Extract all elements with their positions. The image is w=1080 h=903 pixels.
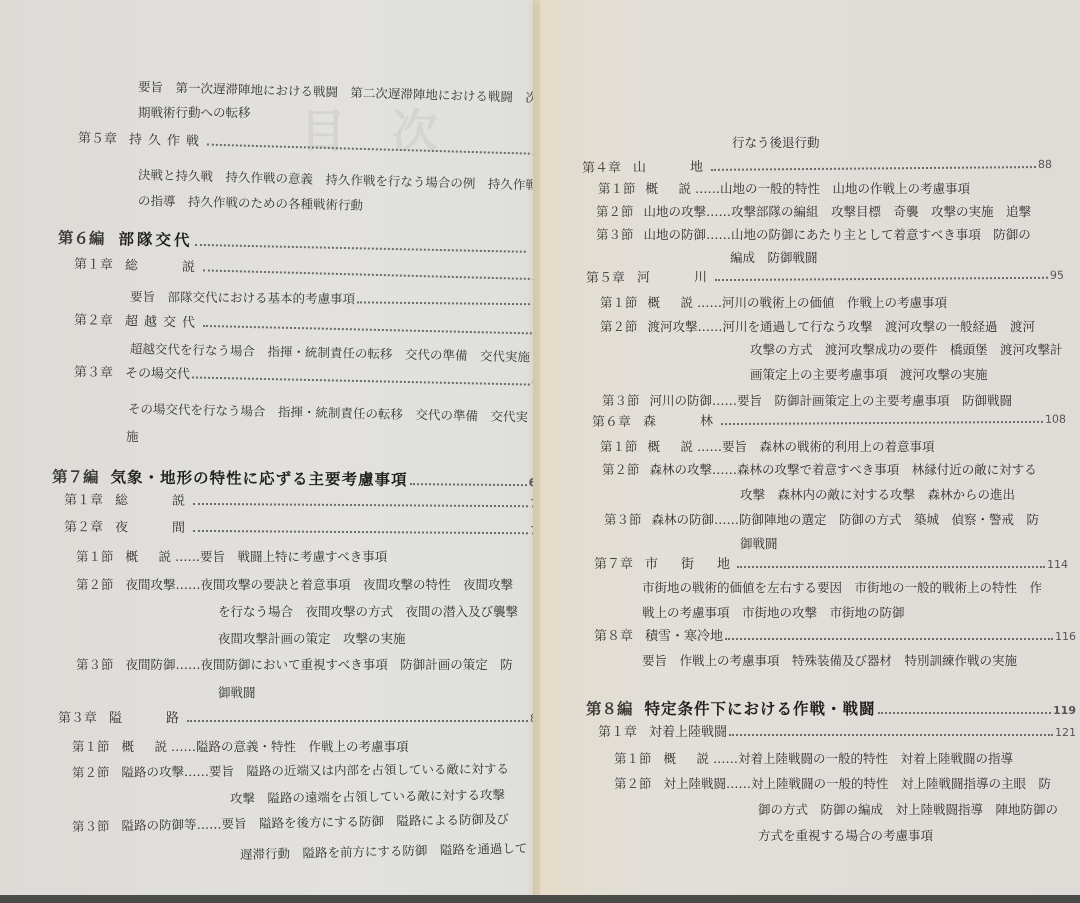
chapter-title: 積雪・寒冷地 — [645, 628, 723, 646]
chapter-number: 第３章 — [58, 710, 97, 728]
toc-line: 行なう後退行動 — [732, 134, 820, 152]
part-title: 気象・地形の特性に応ずる主要考慮事項 — [110, 469, 407, 490]
toc-text: 攻撃 森林内の敵に対する攻撃 森林からの進出 — [740, 486, 1015, 504]
toc-text: 夜間攻撃計画の策定 攻撃の実施 — [218, 630, 406, 648]
toc-text: 要旨 作戦上の考慮事項 特殊装備及び器材 特別訓練作戦の実施 — [642, 652, 1017, 670]
toc-part[interactable]: 第８編 特定条件下における作戦・戦闘 119 — [586, 700, 1076, 720]
toc-line: の指導 持久作戦のための各種戦術行動 — [138, 192, 363, 215]
section-title: 概 説 — [122, 738, 172, 756]
section-number: 第３節 — [604, 511, 642, 529]
toc-text: 期戦術行動への転移 — [138, 104, 251, 122]
toc-text: 編成 防御戦闘 — [730, 249, 818, 267]
dot-leader — [721, 421, 1043, 425]
section-number: 第１節 — [600, 438, 638, 456]
section-number: 第３節 — [76, 656, 114, 674]
section-title: 渡河攻撃 — [648, 318, 698, 336]
chapter-title: その場交代 — [125, 365, 190, 384]
chapter-title: 隘 路 — [109, 710, 185, 728]
toc-chapter[interactable]: 第１章 総 説 71 — [64, 492, 544, 513]
dot-leader — [187, 720, 528, 722]
section-leader: …… — [712, 461, 737, 479]
chapter-number: 第５章 — [78, 130, 118, 149]
table-surface — [0, 895, 1080, 903]
toc-section[interactable]: 第３節 夜間防御 …… 夜間防御において重視すべき事項 防御計画の策定 防 — [76, 656, 513, 674]
dot-leader — [203, 269, 530, 280]
section-leader: …… — [697, 438, 722, 456]
toc-line: 市街地の戦術的価値を左右する要因 市街地の一般的戦術上の特性 作 — [642, 579, 1042, 597]
toc-line: その場交代を行なう場合 指揮・統制責任の転移 交代の準備 交代実 — [128, 400, 528, 426]
toc-section[interactable]: 第２節 森林の攻撃 …… 森林の攻撃で着意すべき事項 林縁付近の敵に対する — [602, 461, 1037, 479]
section-summary: 要旨 防御計画策定上の主要考慮事項 防御戦闘 — [737, 392, 1012, 410]
page-number: 121 — [1055, 724, 1076, 742]
toc-line: 遅滞行動 隘路を前方にする防御 隘路を通過して — [240, 839, 528, 864]
toc-text: 攻撃 隘路の遠端を占領している敵に対する攻撃 — [230, 786, 505, 808]
chapter-title: 超越交代 — [125, 313, 201, 333]
toc-line: 攻撃 隘路の遠端を占領している敵に対する攻撃 — [230, 786, 505, 808]
page-number: 108 — [1045, 411, 1066, 429]
section-number: 第１節 — [614, 750, 652, 768]
section-leader: …… — [714, 511, 739, 529]
dot-leader — [193, 503, 528, 507]
toc-text: を行なう場合 夜間攻撃の方式 夜間の潜入及び襲撃 — [218, 603, 518, 621]
toc-section[interactable]: 第３節 隘路の防御等 …… 要旨 隘路を後方にする防御 隘路による防御及び — [72, 810, 509, 836]
section-title: 森林の防御 — [652, 511, 715, 529]
section-title: 山地の防御 — [644, 226, 707, 244]
toc-line: 戦上の考慮事項 市街地の攻撃 市街地の防御 — [642, 604, 905, 622]
dot-leader — [409, 483, 526, 486]
section-number: 第１節 — [76, 548, 114, 566]
toc-section[interactable]: 第１節 概 説 …… 対着上陸戦闘の一般的特性 対着上陸戦闘の指導 — [614, 750, 1013, 768]
section-title: 夜間防御 — [126, 656, 176, 674]
toc-text: の指導 持久作戦のための各種戦術行動 — [138, 192, 363, 215]
toc-line: 方式を重視する場合の考慮事項 — [758, 827, 933, 845]
section-number: 第１節 — [598, 180, 636, 198]
chapter-number: 第５章 — [586, 270, 625, 288]
section-leader: …… — [726, 775, 751, 793]
section-summary: 攻撃部隊の編組 攻撃目標 奇襲 攻撃の実施 追撃 — [731, 203, 1031, 221]
chapter-title: 河 川 — [637, 269, 713, 288]
section-title: 概 説 — [648, 438, 698, 456]
dot-leader — [203, 325, 532, 334]
section-summary: 要旨 隘路の近端又は内部を占領している敵に対する — [209, 760, 509, 781]
toc-chapter[interactable]: 第３章 その場交代 63 — [74, 364, 546, 392]
dot-leader — [357, 301, 530, 305]
part-number: 第７編 — [52, 468, 99, 486]
chapter-number: 第６章 — [592, 414, 631, 432]
section-number: 第１節 — [600, 294, 638, 312]
toc-text: 施 — [126, 428, 139, 446]
section-number: 第３節 — [602, 392, 640, 410]
part-title: 特定条件下における作戦・戦闘 — [645, 700, 876, 718]
section-leader: …… — [196, 815, 221, 833]
toc-line: 施 — [126, 428, 139, 446]
section-number: 第２節 — [72, 764, 110, 782]
toc-chapter[interactable]: 第２章 夜 間 72 — [64, 519, 544, 540]
chapter-title: 対着上陸戦闘 — [649, 724, 727, 742]
toc-line: 夜間攻撃計画の策定 攻撃の実施 — [218, 630, 406, 648]
section-number: 第１節 — [72, 738, 110, 756]
chapter-number: 第４章 — [582, 160, 621, 178]
toc-section[interactable]: 第２節 夜間攻撃 …… 夜間攻撃の要訣と着意事項 夜間攻撃の特性 夜間攻撃 — [76, 576, 513, 594]
section-leader: …… — [706, 226, 731, 244]
toc-section[interactable]: 第１節 概 説 …… 河川の戦術上の価値 作戦上の考慮事項 — [600, 294, 947, 312]
toc-text: 攻撃の方式 渡河攻撃成功の要件 橋頭堡 渡河攻撃計 — [750, 341, 1063, 359]
toc-line: 攻撃の方式 渡河攻撃成功の要件 橋頭堡 渡河攻撃計 — [750, 341, 1063, 359]
toc-text: 御の方式 防御の編成 対上陸戦闘指導 陣地防御の — [758, 801, 1058, 819]
dot-leader — [207, 144, 530, 155]
section-number: 第３節 — [596, 226, 634, 244]
part-number: 第６編 — [58, 229, 105, 248]
section-title: 概 説 — [664, 750, 714, 768]
section-summary: 夜間攻撃の要訣と着意事項 夜間攻撃の特性 夜間攻撃 — [201, 576, 514, 594]
section-summary: 河川の戦術上の価値 作戦上の考慮事項 — [722, 294, 947, 312]
chapter-title: 市 街 地 — [645, 556, 735, 574]
toc-text: 御戦闘 — [740, 535, 778, 553]
toc-text: 超越交代を行なう場合 指揮・統制責任の転移 交代の準備 交代実施 — [130, 340, 530, 366]
section-title: 概 説 — [648, 294, 698, 312]
section-leader: …… — [712, 392, 737, 410]
toc-text: 戦上の考慮事項 市街地の攻撃 市街地の防御 — [642, 604, 905, 622]
section-number: 第２節 — [76, 576, 114, 594]
section-summary: 要旨 森林の戦術的利用上の着意事項 — [722, 438, 935, 456]
chapter-title: 夜 間 — [115, 519, 191, 538]
toc-chapter[interactable]: 第４章 山 地 88 — [582, 156, 1052, 178]
section-summary: 山地の防御にあたり主として着意すべき事項 防御の — [731, 226, 1031, 244]
chapter-number: 第１章 — [598, 724, 637, 742]
section-title: 河川の防御 — [650, 392, 713, 410]
section-summary: 河川を通過して行なう攻撃 渡河攻撃の一般経過 渡河 — [723, 318, 1036, 336]
section-title: 隘路の攻撃 — [121, 763, 184, 782]
section-summary: 山地の一般的特性 山地の作戦上の考慮事項 — [720, 180, 970, 198]
section-title: 概 説 — [646, 180, 696, 198]
left-page: 目 次 要旨 第一次遅滞陣地における戦闘 第二次遅滞陣地における戦闘 次 期戦術… — [0, 0, 560, 903]
toc-line: 編成 防御戦闘 — [730, 249, 818, 267]
toc-line: 攻撃 森林内の敵に対する攻撃 森林からの進出 — [740, 486, 1015, 504]
dot-leader — [715, 277, 1048, 281]
section-title: 夜間攻撃 — [126, 576, 176, 594]
page-number: 95 — [1050, 267, 1064, 285]
toc-section[interactable]: 第２節 対上陸戦闘 …… 対上陸戦闘の一般的特性 対上陸戦闘指導の主眼 防 — [614, 775, 1051, 793]
toc-text: 要旨 部隊交代における基本的考慮事項 — [130, 288, 355, 308]
section-leader: …… — [175, 548, 200, 566]
toc-chapter[interactable]: 第５章 河 川 95 — [586, 267, 1064, 288]
dot-leader — [194, 244, 525, 253]
dot-leader — [729, 734, 1053, 736]
toc-section[interactable]: 第２節 山地の攻撃 …… 攻撃部隊の編組 攻撃目標 奇襲 攻撃の実施 追撃 — [596, 203, 1031, 221]
toc-line: 要旨 部隊交代における基本的考慮事項 57 — [130, 288, 546, 311]
section-title: 対上陸戦闘 — [664, 775, 727, 793]
section-leader: …… — [713, 750, 738, 768]
toc-part[interactable]: 第６編 部隊交代 — [58, 229, 528, 257]
toc-chapter[interactable]: 第３章 隘 路 83 — [58, 710, 544, 728]
toc-part[interactable]: 第７編 気象・地形の特性に応ずる主要考慮事項 69 — [52, 468, 544, 492]
chapter-title: 総 説 — [115, 492, 191, 511]
toc-text: 方式を重視する場合の考慮事項 — [758, 827, 933, 845]
page-number: 88 — [1038, 156, 1052, 174]
toc-chapter[interactable]: 第８章 積雪・寒冷地 116 — [594, 628, 1076, 646]
section-number: 第２節 — [602, 461, 640, 479]
toc-line: 御の方式 防御の編成 対上陸戦闘指導 陣地防御の — [758, 801, 1058, 819]
toc-chapter[interactable]: 第１章 対着上陸戦闘 121 — [598, 724, 1076, 742]
chapter-title: 山 地 — [633, 159, 709, 178]
section-leader: …… — [176, 576, 201, 594]
section-title: 隘路の防御等 — [121, 816, 196, 835]
toc-text: 決戦と持久戦 持久作戦の意義 持久作戦を行なう場合の例 持久作戦 — [138, 166, 538, 194]
toc-line: 決戦と持久戦 持久作戦の意義 持久作戦を行なう場合の例 持久作戦 — [138, 166, 538, 194]
toc-line: 画策定上の主要考慮事項 渡河攻撃の実施 — [750, 366, 988, 384]
toc-section[interactable]: 第３節 森林の防御 …… 防御陣地の選定 防御の方式 築城 偵察・警戒 防 — [604, 511, 1039, 529]
toc-line: 期戦術行動への転移 — [138, 104, 251, 122]
chapter-number: 第２章 — [74, 312, 113, 331]
section-leader: …… — [698, 318, 723, 336]
page-number: 119 — [1053, 702, 1076, 720]
toc-section[interactable]: 第２節 渡河攻撃 …… 河川を通過して行なう攻撃 渡河攻撃の一般経過 渡河 — [600, 318, 1035, 336]
right-page: 行なう後退行動 第４章 山 地 88 第１節 概 説 …… 山地の一般的特性 山… — [540, 0, 1080, 903]
toc-section[interactable]: 第１節 概 説 …… 山地の一般的特性 山地の作戦上の考慮事項 — [598, 180, 970, 198]
toc-section[interactable]: 第１節 概 説 …… 隘路の意義・特性 作戦上の考慮事項 — [72, 738, 409, 756]
section-number: 第２節 — [614, 775, 652, 793]
chapter-number: 第２章 — [64, 519, 103, 537]
toc-line: 超越交代を行なう場合 指揮・統制責任の転移 交代の準備 交代実施 — [130, 340, 546, 367]
chapter-number: 第７章 — [594, 556, 633, 574]
toc-section[interactable]: 第３節 河川の防御 …… 要旨 防御計画策定上の主要考慮事項 防御戦闘 — [602, 392, 1012, 410]
toc-text: その場交代を行なう場合 指揮・統制責任の転移 交代の準備 交代実 — [128, 400, 528, 426]
page-number: 114 — [1047, 556, 1068, 574]
dot-leader — [878, 712, 1052, 714]
chapter-number: 第３章 — [74, 364, 113, 383]
part-title: 部隊交代 — [118, 230, 192, 250]
chapter-title: 総 説 — [125, 257, 201, 277]
section-title: 森林の攻撃 — [650, 461, 713, 479]
section-summary: 要旨 隘路を後方にする防御 隘路による防御及び — [221, 810, 509, 833]
toc-line: 要旨 作戦上の考慮事項 特殊装備及び器材 特別訓練作戦の実施 — [642, 652, 1017, 670]
toc-chapter[interactable]: 第１章 総 説 55 — [74, 256, 546, 286]
section-number: 第２節 — [596, 203, 634, 221]
section-summary: 森林の攻撃で着意すべき事項 林縁付近の敵に対する — [737, 461, 1037, 479]
part-number: 第８編 — [586, 700, 633, 718]
toc-text: 画策定上の主要考慮事項 渡河攻撃の実施 — [750, 366, 988, 384]
toc-chapter[interactable]: 第２章 超越交代 — [74, 312, 534, 340]
toc-text: 御戦闘 — [218, 684, 256, 702]
section-title: 概 説 — [126, 548, 176, 566]
section-leader: …… — [695, 180, 720, 198]
section-summary: 夜間防御において重視すべき事項 防御計画の策定 防 — [201, 656, 513, 674]
toc-section[interactable]: 第１節 概 説 …… 要旨 戦闘上特に考慮すべき事項 — [76, 548, 387, 566]
page-number: 116 — [1055, 628, 1076, 646]
toc-section[interactable]: 第２節 隘路の攻撃 …… 要旨 隘路の近端又は内部を占領している敵に対する — [72, 760, 509, 782]
chapter-number: 第８章 — [594, 628, 633, 646]
chapter-title: 持久作戦 — [129, 131, 205, 151]
dot-leader — [192, 376, 530, 385]
section-summary: 対着上陸戦闘の一般的特性 対着上陸戦闘の指導 — [738, 750, 1013, 768]
section-leader: …… — [171, 738, 196, 756]
toc-chapter[interactable]: 第７章 市 街 地 114 — [594, 556, 1068, 574]
chapter-number: 第１章 — [64, 492, 103, 510]
toc-text: 行なう後退行動 — [732, 134, 820, 152]
section-leader: …… — [176, 656, 201, 674]
chapter-title: 森 林 — [643, 413, 719, 432]
toc-section[interactable]: 第３節 山地の防御 …… 山地の防御にあたり主として着意すべき事項 防御の — [596, 226, 1031, 244]
toc-text: 市街地の戦術的価値を左右する要因 市街地の一般的戦術上の特性 作 — [642, 579, 1042, 597]
toc-line: を行なう場合 夜間攻撃の方式 夜間の潜入及び襲撃 — [218, 603, 518, 621]
dot-leader — [711, 166, 1036, 171]
dot-leader — [193, 530, 528, 534]
section-title: 山地の攻撃 — [644, 203, 707, 221]
section-leader: …… — [184, 763, 209, 781]
toc-line: 御戦闘 — [218, 684, 256, 702]
dot-leader — [737, 566, 1045, 568]
section-leader: …… — [706, 203, 731, 221]
section-number: 第３節 — [72, 817, 110, 836]
section-number: 第２節 — [600, 318, 638, 336]
section-summary: 防御陣地の選定 防御の方式 築城 偵察・警戒 防 — [739, 511, 1039, 529]
section-summary: 対上陸戦闘の一般的特性 対上陸戦闘指導の主眼 防 — [751, 775, 1051, 793]
toc-section[interactable]: 第１節 概 説 …… 要旨 森林の戦術的利用上の着意事項 — [600, 438, 935, 456]
section-summary: 隘路の意義・特性 作戦上の考慮事項 — [196, 738, 409, 756]
chapter-number: 第１章 — [74, 256, 113, 275]
section-summary: 要旨 戦闘上特に考慮すべき事項 — [200, 548, 387, 566]
toc-chapter[interactable]: 第６章 森 林 108 — [592, 411, 1066, 432]
section-leader: …… — [697, 294, 722, 312]
toc-line: 御戦闘 — [740, 535, 778, 553]
toc-text: 遅滞行動 隘路を前方にする防御 隘路を通過して — [240, 839, 528, 864]
dot-leader — [725, 638, 1053, 640]
